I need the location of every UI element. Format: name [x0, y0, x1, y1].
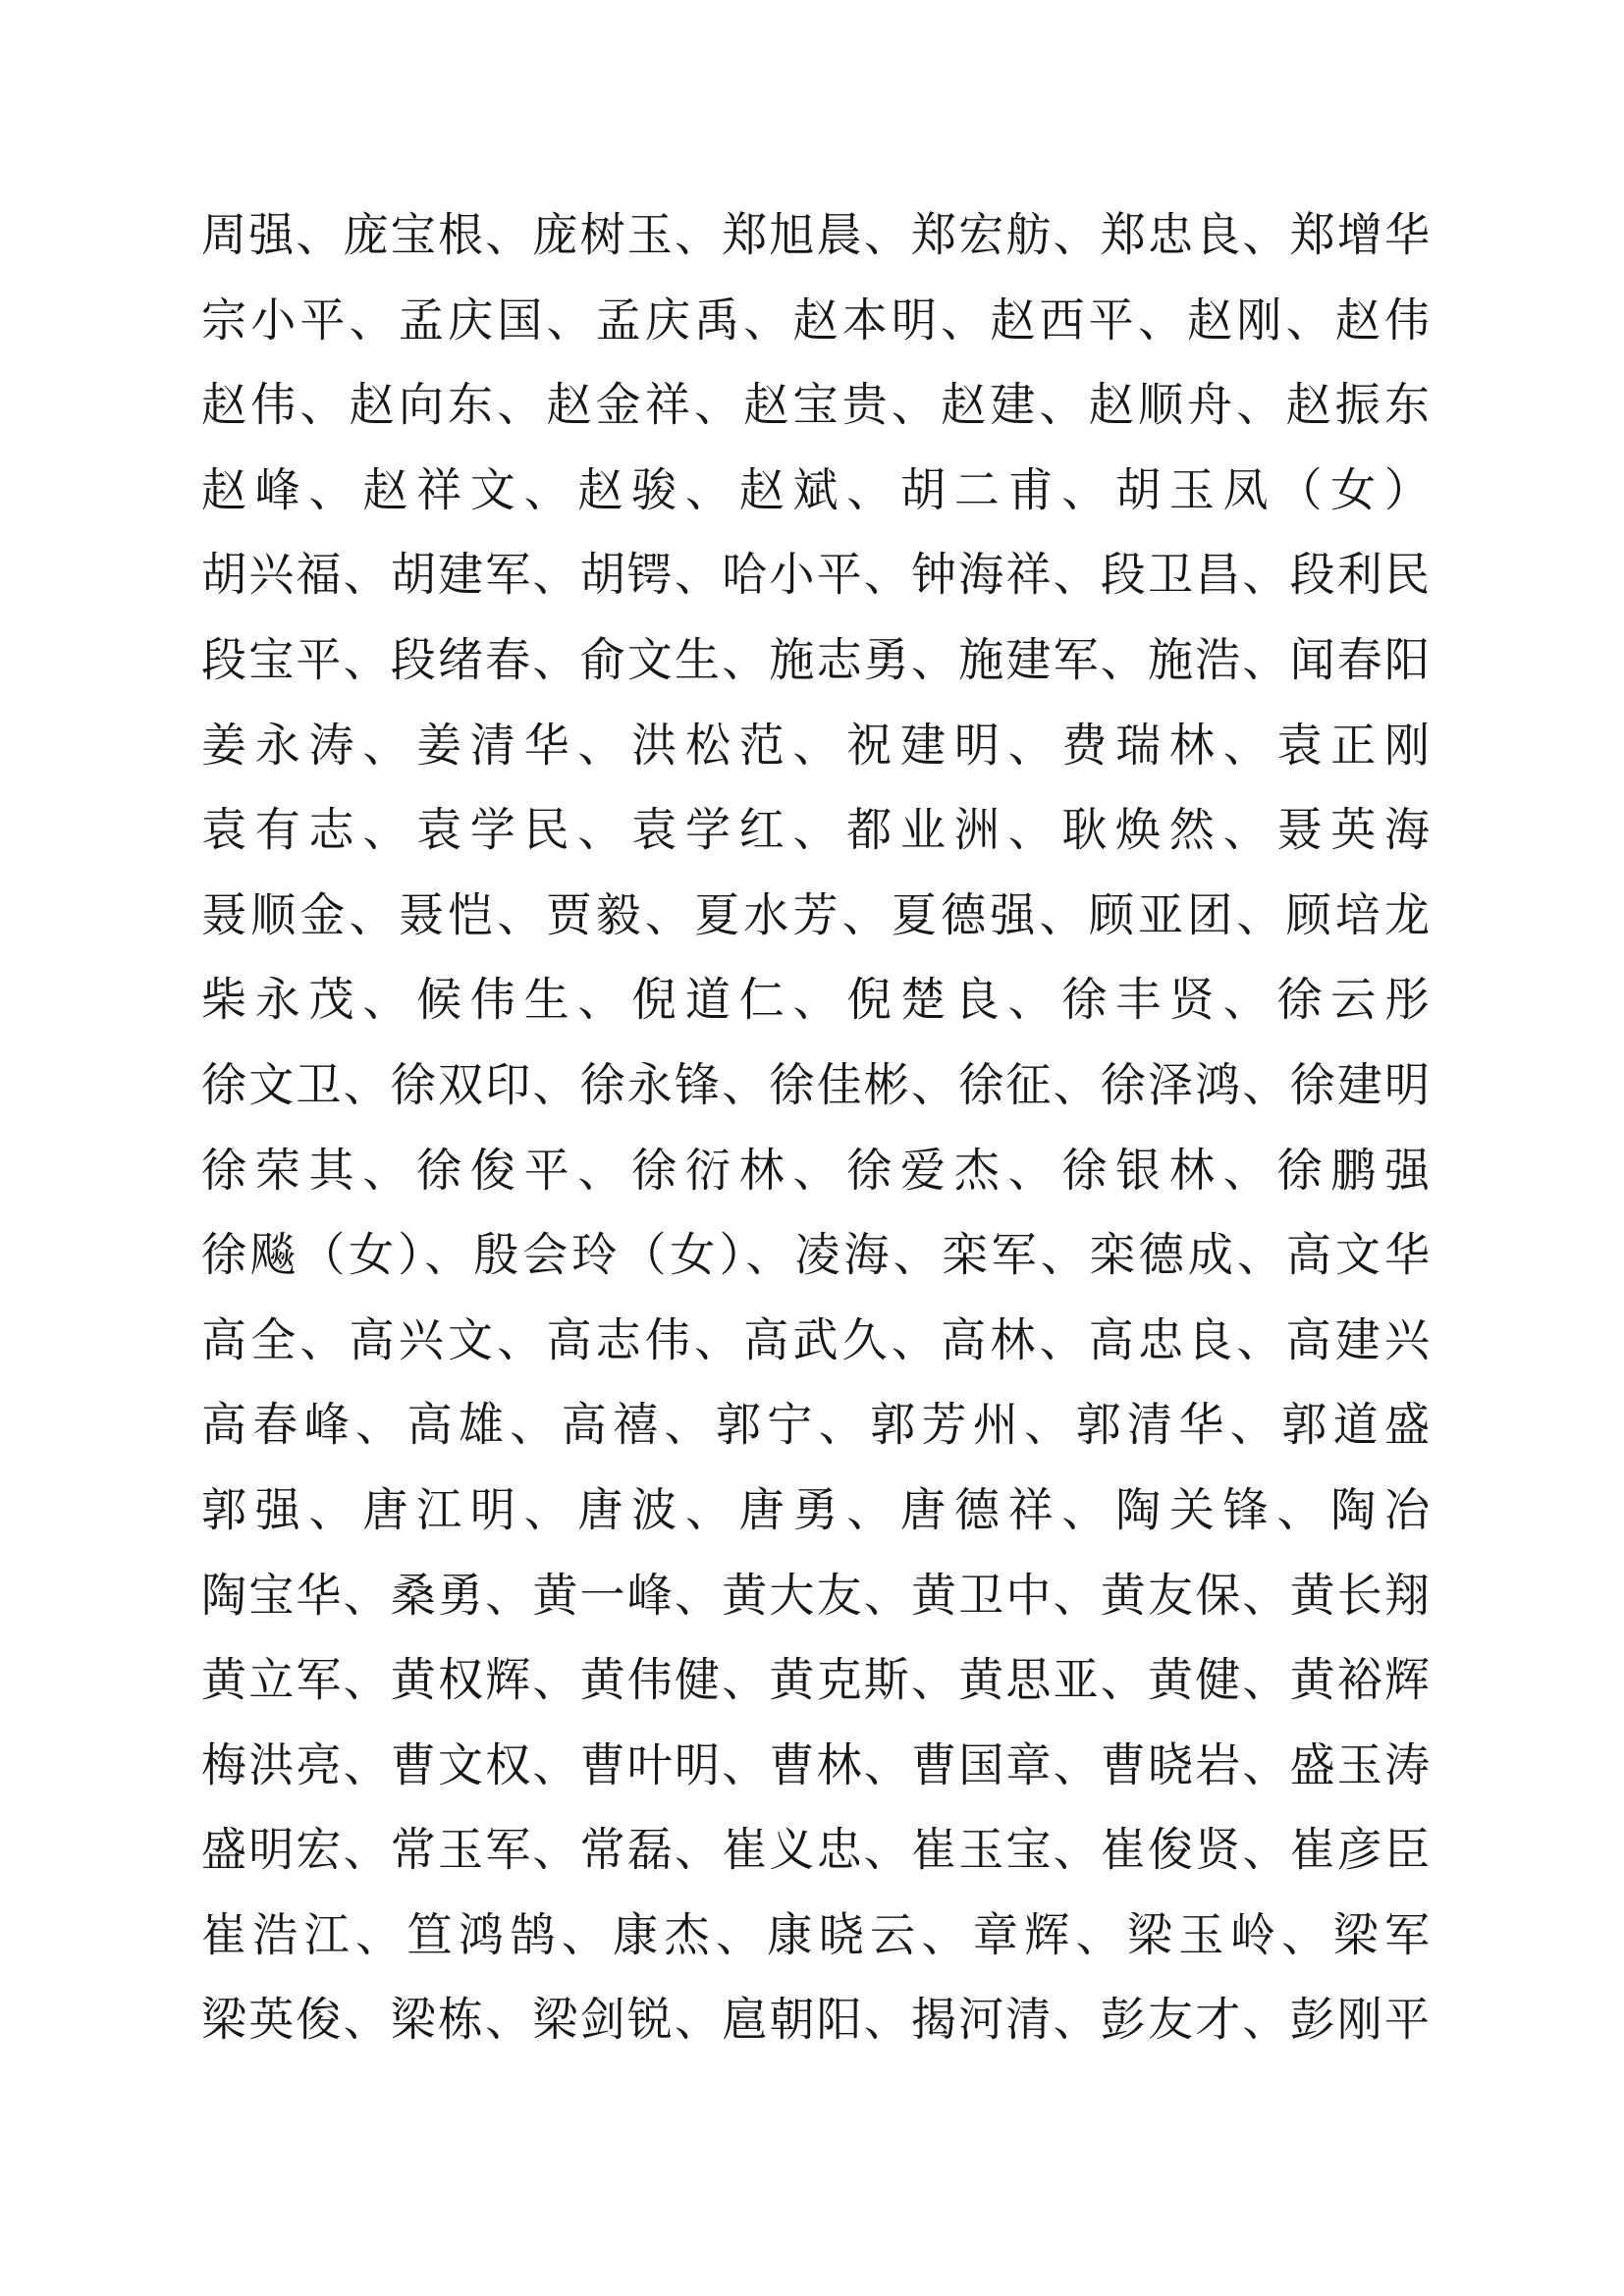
name-list-line: 梁英俊、梁栋、梁剑锐、扈朝阳、揭河清、彭友才、彭刚平: [201, 1978, 1431, 2064]
name-list-line: 段宝平、段绪春、俞文生、施志勇、施建军、施浩、闻春阳: [201, 617, 1431, 704]
name-list-line: 盛明宏、常玉军、常磊、崔义忠、崔玉宝、崔俊贤、崔彦臣: [201, 1807, 1431, 1894]
name-list-line: 宗小平、孟庆国、孟庆禹、赵本明、赵西平、赵刚、赵伟: [201, 278, 1431, 364]
name-list-line: 崔浩江、笪鸿鹄、康杰、康晓云、章辉、梁玉岭、梁军: [201, 1893, 1431, 1979]
name-list-line: 袁有志、袁学民、袁学红、都业洲、耿焕然、聂英海: [201, 787, 1431, 874]
name-list-line: 郭强、唐江明、唐波、唐勇、唐德祥、陶关锋、陶冶: [201, 1468, 1431, 1554]
name-list-line: 徐荣其、徐俊平、徐衍林、徐爱杰、徐银林、徐鹏强: [201, 1128, 1431, 1214]
name-list-line: 周强、庞宝根、庞树玉、郑旭晨、郑宏舫、郑忠良、郑增华: [201, 192, 1431, 279]
document-page: 周强、庞宝根、庞树玉、郑旭晨、郑宏舫、郑忠良、郑增华 宗小平、孟庆国、孟庆禹、赵…: [0, 0, 1624, 2296]
name-list-line: 梅洪亮、曹文权、曹叶明、曹林、曹国章、曹晓岩、盛玉涛: [201, 1723, 1431, 1809]
name-list-line: 胡兴福、胡建军、胡锷、哈小平、钟海祥、段卫昌、段利民: [201, 533, 1431, 619]
name-list-line: 黄立军、黄权辉、黄伟健、黄克斯、黄思亚、黄健、黄裕辉: [201, 1637, 1431, 1724]
name-list-line: 高全、高兴文、高志伟、高武久、高林、高忠良、高建兴: [201, 1298, 1431, 1384]
name-list-line: 高春峰、高雄、高禧、郭宁、郭芳州、郭清华、郭道盛: [201, 1382, 1431, 1468]
name-list: 周强、庞宝根、庞树玉、郑旭晨、郑宏舫、郑忠良、郑增华 宗小平、孟庆国、孟庆禹、赵…: [201, 193, 1431, 2063]
name-list-line: 徐文卫、徐双印、徐永锋、徐佳彬、徐征、徐泽鸿、徐建明: [201, 1042, 1431, 1129]
name-list-line: 赵峰、赵祥文、赵骏、赵斌、胡二甫、胡玉凤（女）: [201, 448, 1431, 534]
name-list-line: 柴永茂、候伟生、倪道仁、倪楚良、徐丰贤、徐云彤: [201, 957, 1431, 1043]
name-list-line: 姜永涛、姜清华、洪松范、祝建明、费瑞林、袁正刚: [201, 703, 1431, 789]
name-list-line: 赵伟、赵向东、赵金祥、赵宝贵、赵建、赵顺舟、赵振东: [201, 362, 1431, 449]
name-list-line: 陶宝华、桑勇、黄一峰、黄大友、黄卫中、黄友保、黄长翔: [201, 1553, 1431, 1639]
name-list-line: 聂顺金、聂恺、贾毅、夏水芳、夏德强、顾亚团、顾培龙: [201, 873, 1431, 959]
name-list-line: 徐飚（女）、殷会玲（女）、凌海、栾军、栾德成、高文华: [201, 1212, 1431, 1299]
